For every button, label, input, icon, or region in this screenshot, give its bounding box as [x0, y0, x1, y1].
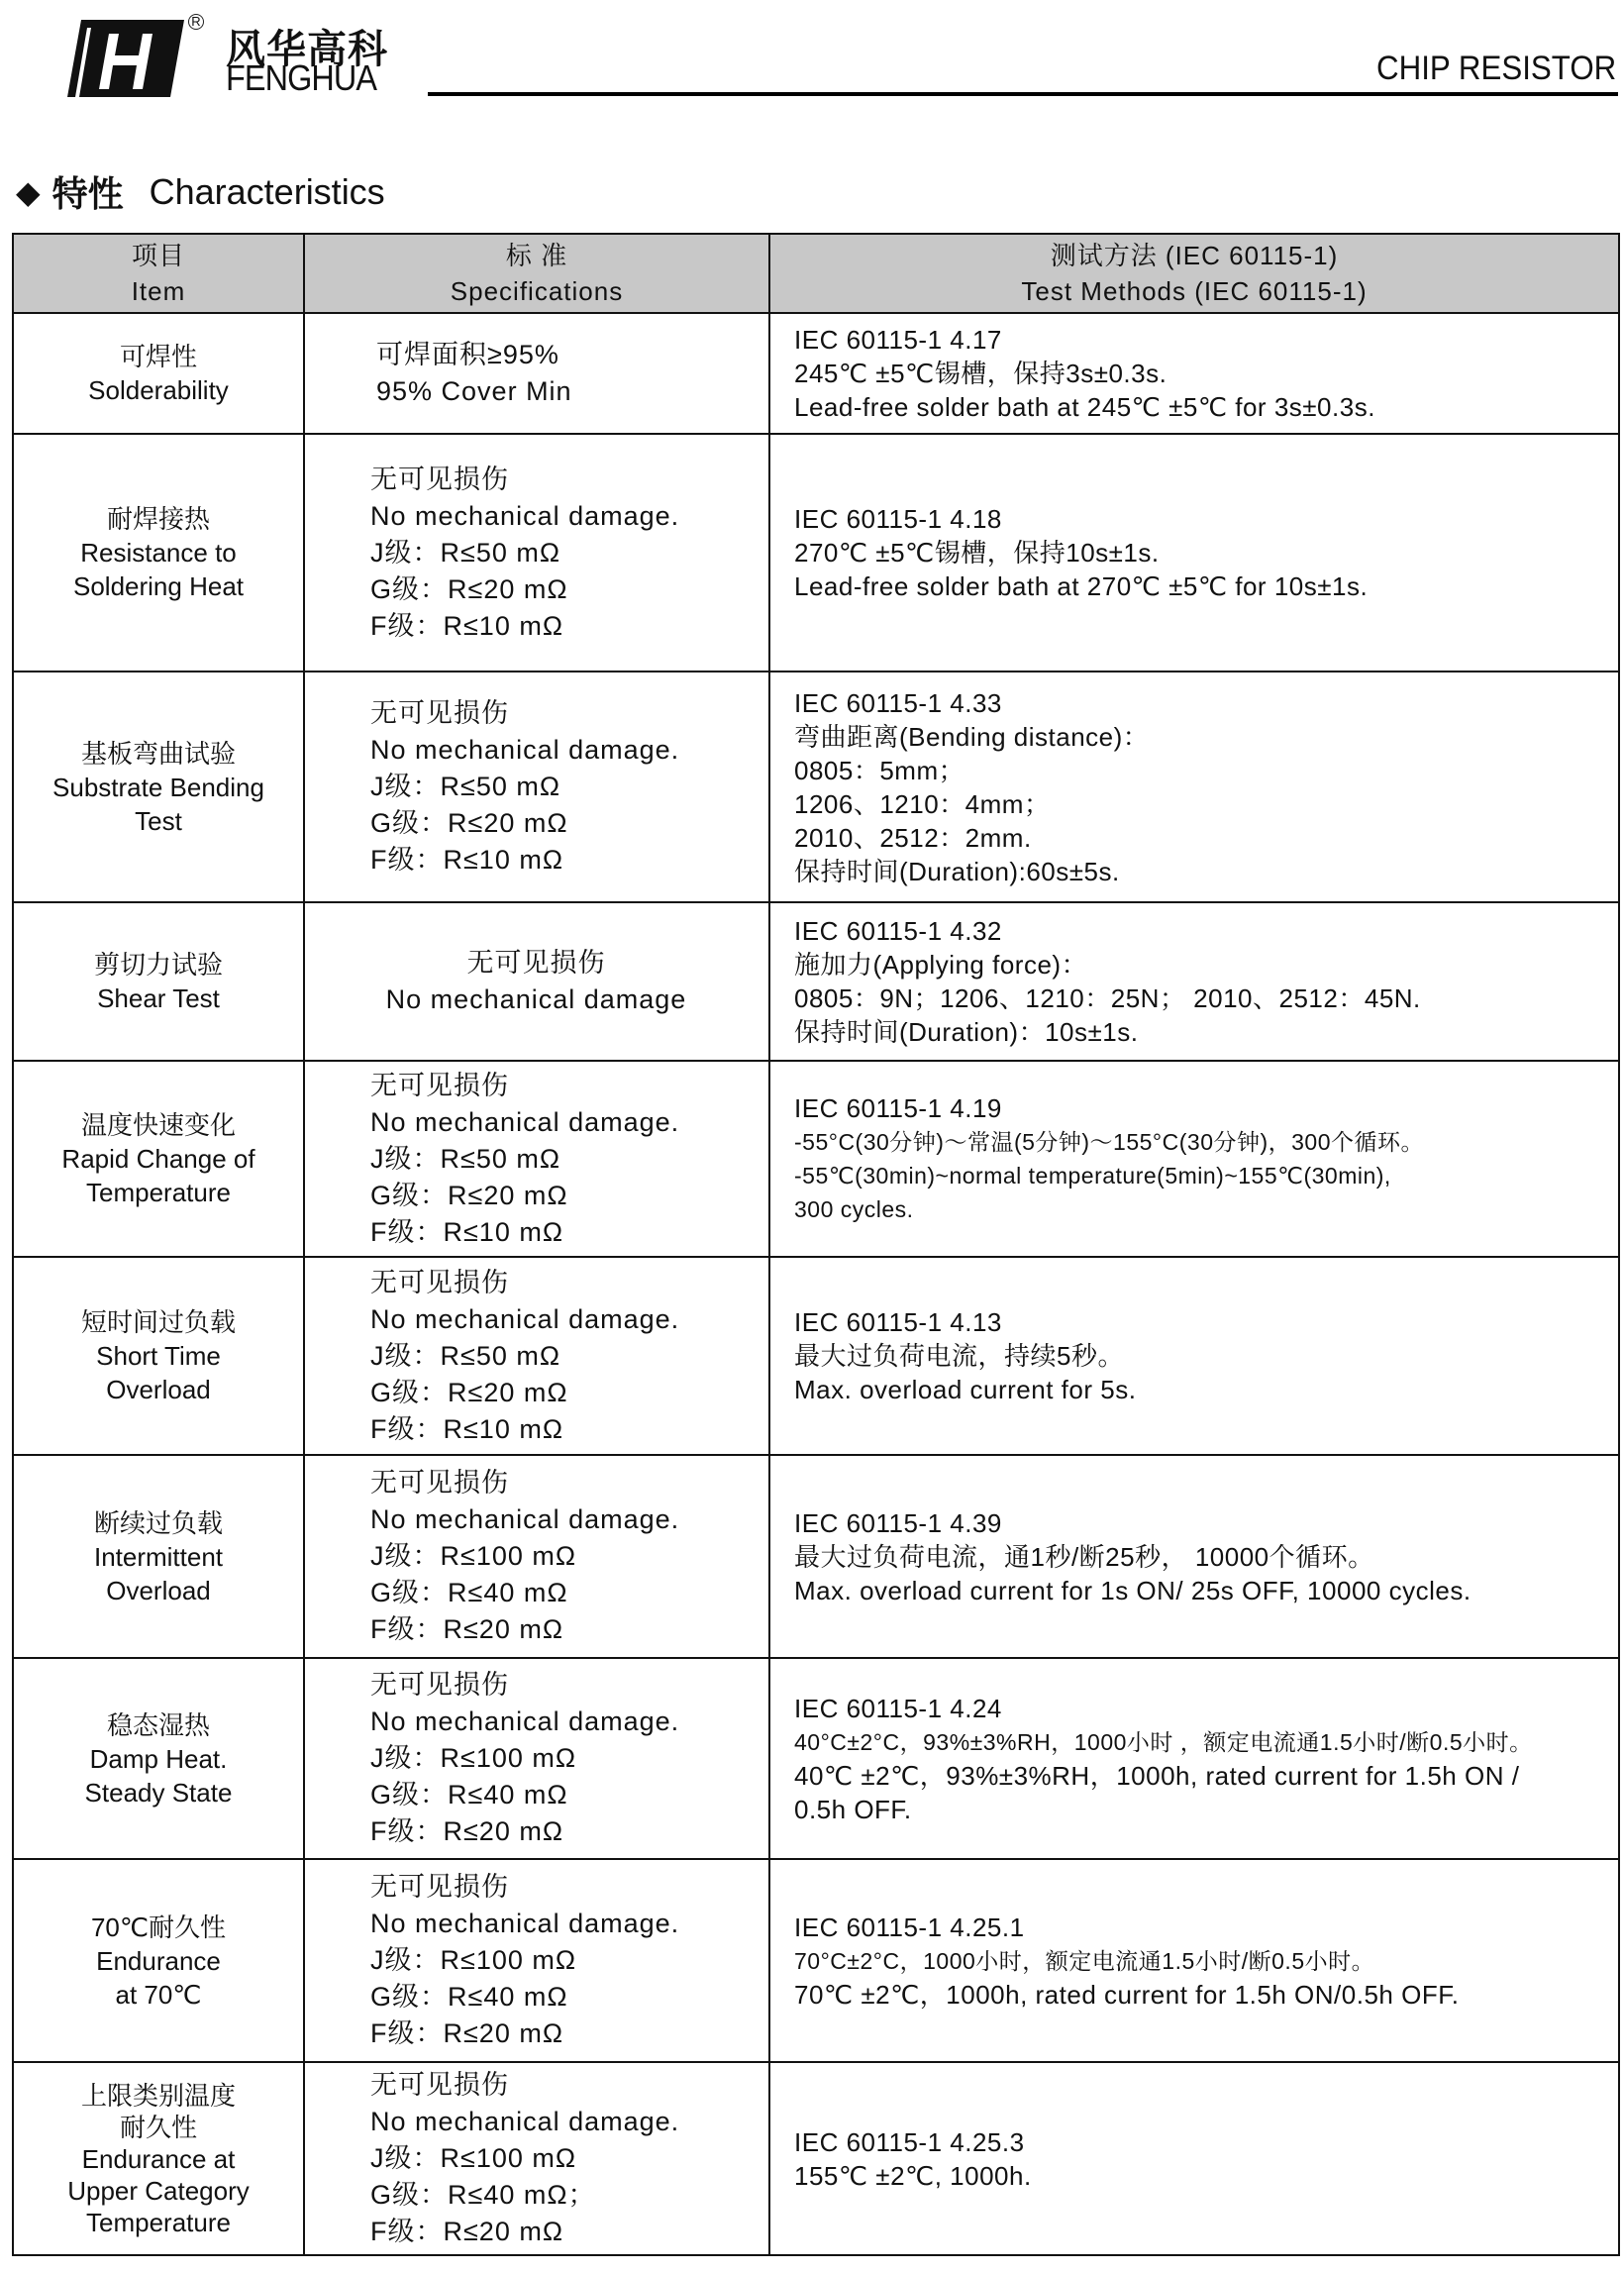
cell-text-line: J级：R≤100 mΩ — [370, 1538, 767, 1575]
method-cell: IEC 60115-1 4.24 40°C±2°C，93%±3%RH，1000小… — [769, 1658, 1619, 1859]
cell-text-line: 无可见损伤 — [370, 462, 767, 498]
cell-text-line: -55℃(30min)~normal temperature(5min)~155… — [794, 1159, 1617, 1192]
cell-text-line: 无可见损伤 — [370, 2067, 767, 2104]
table-row: 短时间过负载 Short Time Overload 无可见损伤 No mech… — [13, 1257, 1619, 1455]
cell-text-line: 温度快速变化 — [15, 1108, 302, 1142]
item-cell: 温度快速变化 Rapid Change of Temperature — [13, 1061, 304, 1257]
cell-text-line: No mechanical damage. — [370, 732, 767, 769]
cell-text-line: 无可见损伤 — [370, 1869, 767, 1906]
cell-text-line: 可焊性 — [15, 340, 302, 373]
cell-text-line: 0805：9N；1206、1210：25N； 2010、2512：45N. — [794, 982, 1617, 1015]
table-row: 70℃耐久性 Endurance at 70℃ 无可见损伤 No mechani… — [13, 1859, 1619, 2062]
cell-text-line: 无可见损伤 — [370, 1465, 767, 1501]
item-cell: 短时间过负载 Short Time Overload — [13, 1257, 304, 1455]
spec-cell: 无可见损伤 No mechanical damage — [304, 902, 769, 1061]
cell-text-line: IEC 60115-1 4.33 — [794, 686, 1617, 720]
column-header-item: 项目 Item — [13, 234, 304, 313]
cell-text-line: 无可见损伤 — [305, 945, 767, 982]
item-cell: 可焊性 Solderability — [13, 313, 304, 434]
cell-text-line: IEC 60115-1 4.25.3 — [794, 2125, 1617, 2159]
cell-text-line: 70℃耐久性 — [15, 1911, 302, 1944]
spec-cell: 无可见损伤 No mechanical damage. J级：R≤50 mΩ G… — [304, 672, 769, 902]
cell-text-line: No mechanical damage. — [370, 1301, 767, 1338]
cell-text-line: 40℃ ±2℃，93%±3%RH，1000h, rated current fo… — [794, 1759, 1617, 1793]
item-cell: 稳态湿热 Damp Heat. Steady State — [13, 1658, 304, 1859]
table-row: 基板弯曲试验 Substrate Bending Test 无可见损伤 No m… — [13, 672, 1619, 902]
cell-text-line: 0.5h OFF. — [794, 1793, 1617, 1826]
cell-text-line: 项目 — [15, 238, 302, 273]
method-cell: IEC 60115-1 4.25.3 155℃ ±2℃, 1000h. — [769, 2062, 1619, 2255]
diamond-bullet-icon: ◆ — [16, 173, 41, 211]
cell-text-line: F级：R≤20 mΩ — [370, 1813, 767, 1850]
cell-text-line: IEC 60115-1 4.13 — [794, 1305, 1617, 1339]
cell-text-line: 2010、2512：2mm. — [794, 821, 1617, 855]
cell-text-line: Short Time — [15, 1339, 302, 1373]
cell-text-line: Specifications — [306, 273, 767, 309]
cell-text-line: 70°C±2°C，1000小时，额定电流通1.5小时/断0.5小时。 — [794, 1944, 1617, 1978]
cell-text-line: Endurance — [15, 1944, 302, 1978]
cell-text-line: 最大过负荷电流，通1秒/断25秒， 10000个循环。 — [794, 1540, 1617, 1574]
cell-text-line: No mechanical damage — [305, 982, 767, 1018]
cell-text-line: G级：R≤20 mΩ — [370, 571, 767, 608]
characteristics-table: 项目 Item 标 准 Specifications 测试方法 (IEC 601… — [12, 233, 1620, 2256]
spec-cell: 无可见损伤 No mechanical damage. J级：R≤100 mΩ … — [304, 1859, 769, 2062]
cell-text-line: Test — [15, 804, 302, 838]
cell-text-line: 300 cycles. — [794, 1192, 1617, 1226]
cell-text-line: G级：R≤40 mΩ — [370, 1777, 767, 1813]
method-cell: IEC 60115-1 4.39 最大过负荷电流，通1秒/断25秒， 10000… — [769, 1455, 1619, 1658]
spec-cell: 无可见损伤 No mechanical damage. J级：R≤50 mΩ G… — [304, 434, 769, 672]
cell-text-line: Overload — [15, 1373, 302, 1406]
cell-text-line: Max. overload current for 5s. — [794, 1373, 1617, 1406]
cell-text-line: Lead-free solder bath at 270℃ ±5℃ for 10… — [794, 569, 1617, 603]
cell-text-line: 剪切力试验 — [15, 948, 302, 982]
cell-text-line: 95% Cover Min — [376, 373, 767, 410]
cell-text-line: IEC 60115-1 4.39 — [794, 1506, 1617, 1540]
cell-text-line: 0805：5mm； — [794, 754, 1617, 787]
table-row: 稳态湿热 Damp Heat. Steady State 无可见损伤 No me… — [13, 1658, 1619, 1859]
spec-cell: 无可见损伤 No mechanical damage. J级：R≤50 mΩ G… — [304, 1061, 769, 1257]
cell-text-line: Solderability — [15, 373, 302, 407]
cell-text-line: 无可见损伤 — [370, 1265, 767, 1301]
cell-text-line: Overload — [15, 1574, 302, 1607]
spec-cell: 无可见损伤 No mechanical damage. J级：R≤50 mΩ G… — [304, 1257, 769, 1455]
fenghua-logo-icon — [67, 20, 186, 99]
method-cell: IEC 60115-1 4.18 270℃ ±5℃锡槽，保持10s±1s. Le… — [769, 434, 1619, 672]
cell-text-line: 弯曲距离(Bending distance)： — [794, 720, 1617, 754]
cell-text-line: Shear Test — [15, 982, 302, 1015]
table-row: 剪切力试验 Shear Test 无可见损伤 No mechanical dam… — [13, 902, 1619, 1061]
cell-text-line: 短时间过负载 — [15, 1305, 302, 1339]
cell-text-line: IEC 60115-1 4.24 — [794, 1692, 1617, 1725]
cell-text-line: Max. overload current for 1s ON/ 25s OFF… — [794, 1574, 1617, 1607]
registered-mark: R — [188, 14, 204, 30]
cell-text-line: G级：R≤20 mΩ — [370, 1375, 767, 1411]
cell-text-line: 可焊面积≥95% — [376, 337, 767, 373]
cell-text-line: IEC 60115-1 4.17 — [794, 323, 1617, 357]
cell-text-line: No mechanical damage. — [370, 1906, 767, 1942]
cell-text-line: J级：R≤100 mΩ — [370, 1740, 767, 1777]
page-header: R 风华高科 FENGHUA CHIP RESISTOR — [0, 0, 1624, 109]
cell-text-line: 耐久性 — [15, 2112, 302, 2143]
cell-text-line: J级：R≤100 mΩ — [370, 1942, 767, 1979]
method-cell: IEC 60115-1 4.13 最大过负荷电流，持续5秒。 Max. over… — [769, 1257, 1619, 1455]
cell-text-line: J级：R≤50 mΩ — [370, 535, 767, 571]
cell-text-line: G级：R≤20 mΩ — [370, 805, 767, 842]
table-row: 断续过负载 Intermittent Overload 无可见损伤 No mec… — [13, 1455, 1619, 1658]
section-title-cn: 特性 — [52, 166, 124, 217]
cell-text-line: Substrate Bending — [15, 771, 302, 804]
cell-text-line: J级：R≤50 mΩ — [370, 1141, 767, 1178]
cell-text-line: 上限类别温度 — [15, 2080, 302, 2112]
cell-text-line: 施加力(Applying force)： — [794, 948, 1617, 982]
column-header-specifications: 标 准 Specifications — [304, 234, 769, 313]
cell-text-line: F级：R≤10 mΩ — [370, 842, 767, 879]
cell-text-line: 耐焊接热 — [15, 502, 302, 536]
cell-text-line: IEC 60115-1 4.19 — [794, 1091, 1617, 1125]
cell-text-line: 无可见损伤 — [370, 1068, 767, 1104]
cell-text-line: 标 准 — [306, 238, 767, 273]
column-header-test-methods: 测试方法 (IEC 60115-1) Test Methods (IEC 601… — [769, 234, 1619, 313]
cell-text-line: Steady State — [15, 1776, 302, 1809]
table-row: 上限类别温度 耐久性 Endurance at Upper Category T… — [13, 2062, 1619, 2255]
cell-text-line: 270℃ ±5℃锡槽，保持10s±1s. — [794, 536, 1617, 569]
cell-text-line: F级：R≤10 mΩ — [370, 1214, 767, 1251]
cell-text-line: F级：R≤10 mΩ — [370, 608, 767, 645]
cell-text-line: 245℃ ±5℃锡槽，保持3s±0.3s. — [794, 357, 1617, 390]
cell-text-line: at 70℃ — [15, 1978, 302, 2012]
cell-text-line: Lead-free solder bath at 245℃ ±5℃ for 3s… — [794, 390, 1617, 424]
header-rule — [428, 92, 1618, 96]
table-row: 耐焊接热 Resistance to Soldering Heat 无可见损伤 … — [13, 434, 1619, 672]
cell-text-line: No mechanical damage. — [370, 1501, 767, 1538]
cell-text-line: Endurance at — [15, 2143, 302, 2175]
cell-text-line: G级：R≤40 mΩ； — [370, 2177, 767, 2214]
cell-text-line: 保持时间(Duration):60s±5s. — [794, 855, 1617, 888]
cell-text-line: Resistance to — [15, 536, 302, 569]
spec-cell: 无可见损伤 No mechanical damage. J级：R≤100 mΩ … — [304, 1658, 769, 1859]
cell-text-line: 70℃ ±2℃，1000h, rated current for 1.5h ON… — [794, 1978, 1617, 2012]
method-cell: IEC 60115-1 4.33 弯曲距离(Bending distance)：… — [769, 672, 1619, 902]
cell-text-line: No mechanical damage. — [370, 2104, 767, 2140]
cell-text-line: Upper Category — [15, 2175, 302, 2207]
method-cell: IEC 60115-1 4.32 施加力(Applying force)： 08… — [769, 902, 1619, 1061]
table-row: 可焊性 Solderability 可焊面积≥95% 95% Cover Min… — [13, 313, 1619, 434]
spec-cell: 无可见损伤 No mechanical damage. J级：R≤100 mΩ … — [304, 1455, 769, 1658]
cell-text-line: Test Methods (IEC 60115-1) — [771, 273, 1617, 309]
cell-text-line: 40°C±2°C，93%±3%RH，1000小时 ，额定电流通1.5小时/断0.… — [794, 1725, 1617, 1759]
cell-text-line: IEC 60115-1 4.25.1 — [794, 1911, 1617, 1944]
cell-text-line: Temperature — [15, 2207, 302, 2238]
cell-text-line: 断续过负载 — [15, 1506, 302, 1540]
item-cell: 断续过负载 Intermittent Overload — [13, 1455, 304, 1658]
cell-text-line: G级：R≤20 mΩ — [370, 1178, 767, 1214]
cell-text-line: 无可见损伤 — [370, 695, 767, 732]
cell-text-line: J级：R≤50 mΩ — [370, 769, 767, 805]
item-cell: 耐焊接热 Resistance to Soldering Heat — [13, 434, 304, 672]
method-cell: IEC 60115-1 4.17 245℃ ±5℃锡槽，保持3s±0.3s. L… — [769, 313, 1619, 434]
cell-text-line: Item — [15, 273, 302, 309]
cell-text-line: No mechanical damage. — [370, 1704, 767, 1740]
cell-text-line: No mechanical damage. — [370, 498, 767, 535]
section-title-en: Characteristics — [150, 171, 385, 213]
cell-text-line: 基板弯曲试验 — [15, 737, 302, 771]
cell-text-line: F级：R≤20 mΩ — [370, 2214, 767, 2250]
cell-text-line: Rapid Change of — [15, 1142, 302, 1176]
cell-text-line: IEC 60115-1 4.18 — [794, 502, 1617, 536]
cell-text-line: 保持时间(Duration)：10s±1s. — [794, 1015, 1617, 1049]
cell-text-line: J级：R≤100 mΩ — [370, 2140, 767, 2177]
item-cell: 剪切力试验 Shear Test — [13, 902, 304, 1061]
cell-text-line: Soldering Heat — [15, 569, 302, 603]
section-heading: ◆ 特性 Characteristics — [16, 166, 385, 217]
cell-text-line: Damp Heat. — [15, 1742, 302, 1776]
cell-text-line: 测试方法 (IEC 60115-1) — [771, 238, 1617, 273]
cell-text-line: 1206、1210：4mm； — [794, 787, 1617, 821]
cell-text-line: G级：R≤40 mΩ — [370, 1575, 767, 1611]
spec-cell: 可焊面积≥95% 95% Cover Min — [304, 313, 769, 434]
cell-text-line: F级：R≤20 mΩ — [370, 2016, 767, 2052]
table-header-row: 项目 Item 标 准 Specifications 测试方法 (IEC 601… — [13, 234, 1619, 313]
cell-text-line: No mechanical damage. — [370, 1104, 767, 1141]
spec-cell: 无可见损伤 No mechanical damage. J级：R≤100 mΩ … — [304, 2062, 769, 2255]
cell-text-line: F级：R≤20 mΩ — [370, 1611, 767, 1648]
item-cell: 上限类别温度 耐久性 Endurance at Upper Category T… — [13, 2062, 304, 2255]
document-title: CHIP RESISTOR — [1376, 50, 1616, 88]
cell-text-line: IEC 60115-1 4.32 — [794, 914, 1617, 948]
cell-text-line: Temperature — [15, 1176, 302, 1209]
cell-text-line: 稳态湿热 — [15, 1708, 302, 1742]
item-cell: 70℃耐久性 Endurance at 70℃ — [13, 1859, 304, 2062]
cell-text-line: 最大过负荷电流，持续5秒。 — [794, 1339, 1617, 1373]
table-row: 温度快速变化 Rapid Change of Temperature 无可见损伤… — [13, 1061, 1619, 1257]
cell-text-line: J级：R≤50 mΩ — [370, 1338, 767, 1375]
cell-text-line: F级：R≤10 mΩ — [370, 1411, 767, 1448]
logo-text-en: FENGHUA — [226, 57, 376, 99]
cell-text-line: 无可见损伤 — [370, 1667, 767, 1704]
cell-text-line: Intermittent — [15, 1540, 302, 1574]
cell-text-line: G级：R≤40 mΩ — [370, 1979, 767, 2016]
method-cell: IEC 60115-1 4.19 -55°C(30分钟)～常温(5分钟)～155… — [769, 1061, 1619, 1257]
cell-text-line: -55°C(30分钟)～常温(5分钟)～155°C(30分钟)，300个循环。 — [794, 1125, 1617, 1159]
method-cell: IEC 60115-1 4.25.1 70°C±2°C，1000小时，额定电流通… — [769, 1859, 1619, 2062]
item-cell: 基板弯曲试验 Substrate Bending Test — [13, 672, 304, 902]
cell-text-line: 155℃ ±2℃, 1000h. — [794, 2159, 1617, 2193]
